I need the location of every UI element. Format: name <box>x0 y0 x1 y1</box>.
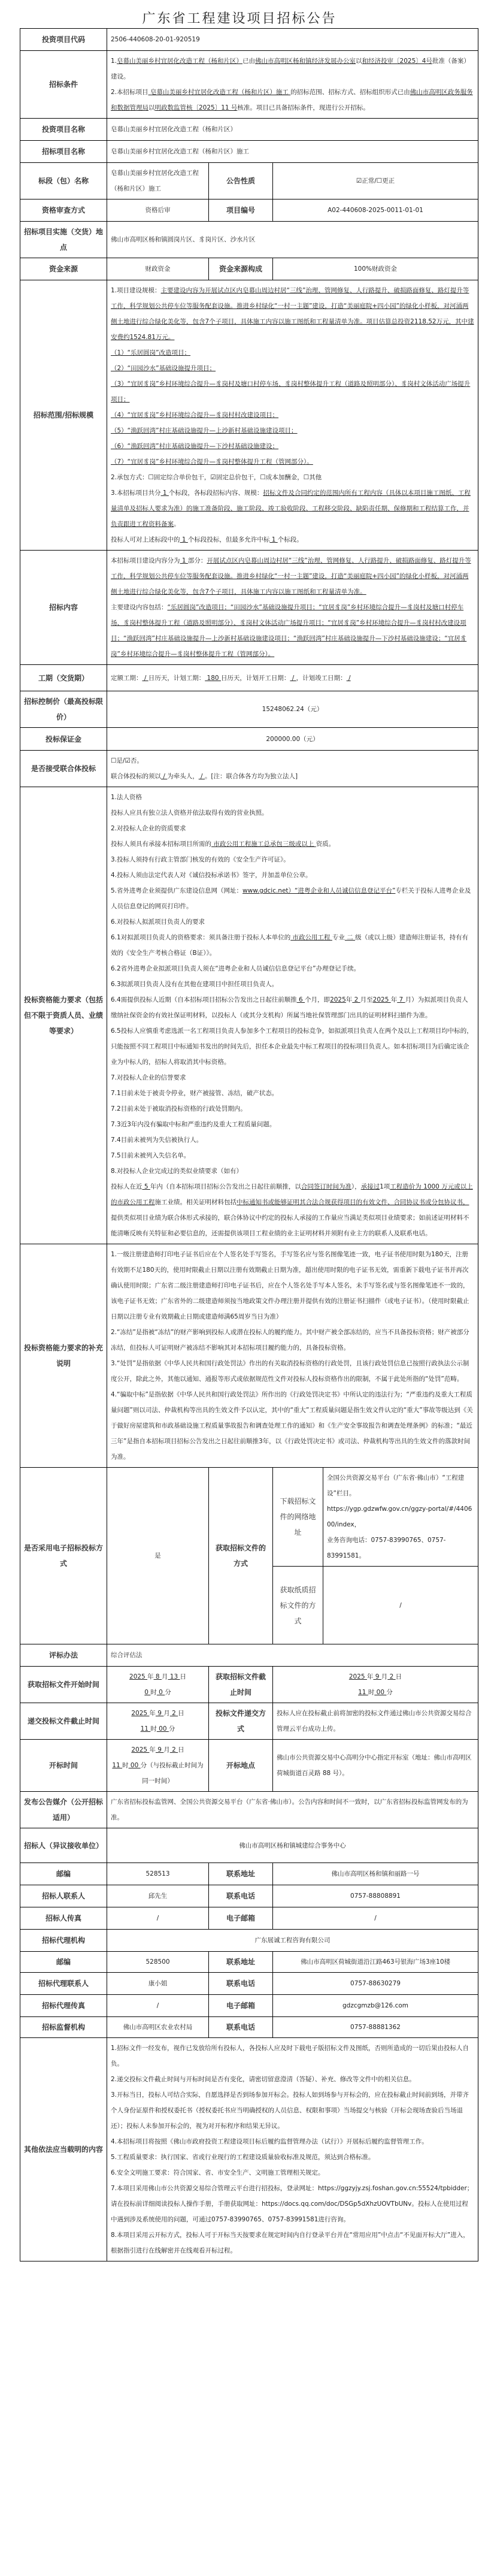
month: 7 <box>397 996 405 1003</box>
row-section: 标段（包）名称 皂幕山美丽乡村宜居化改造工程（杨和片区）施工 公告性质 ☑正常/… <box>20 163 478 199</box>
label-obtain-method: 获取招标文件的方式 <box>209 1468 273 1644</box>
text: 年 <box>149 1746 156 1753</box>
text: 个月，即 <box>305 996 330 1003</box>
year: 2025 <box>131 1746 149 1753</box>
hour: 11 <box>112 1762 122 1769</box>
sub-project: （3）“宜居豸岗”乡村环境综合提升—豸岗村及塘口村停车场、豸岗村整体提升工程（道… <box>111 376 474 407</box>
label-evaluation: 评标办法 <box>20 1644 107 1667</box>
text: 分 <box>165 1689 171 1696</box>
text: 4.本招标项目将按照《佛山市政府投资工程建设项目标后履约监督管理办法（试行）》开… <box>111 2134 474 2149</box>
value-media: 广东省招标投标监管网、全国公共资源交易平台（广东省·佛山市）。公告内容和时间不一… <box>107 1792 478 1828</box>
text: 个标段，各标段招标内容、规模： <box>169 489 263 497</box>
label-other: 其他依法应当载明的内容 <box>20 2038 107 2261</box>
text: 2.“冻结”是指被“冻结”的财产影响到投标人或潜在投标人的履约能力。其中财产被全… <box>111 1325 474 1356</box>
label-conditions: 招标条件 <box>20 51 107 119</box>
consortium-note: / <box>199 773 205 780</box>
page-title: 广东省工程建设项目招标公告 <box>0 0 479 28</box>
text: 年内（自本招标项目招标公告发出之日起往前顺推，以 <box>150 1183 301 1190</box>
text: 日历天，计划工期： <box>148 675 205 682</box>
text: 6.4需提供投标人近期（自本招标项目招标公告发出之日起往前顺推 <box>111 996 297 1003</box>
project-name: 皂幕山美丽乡村宜居化改造工程（杨和片区）施工 <box>148 89 291 96</box>
row-consortium: 是否接受联合体投标 ☐是/☑否。 联合体投标的须以 / 为牵头人， / 。[注：… <box>20 751 478 787</box>
value-contact: 康小姐 <box>107 1973 209 1995</box>
text: 7.2目前未处于被取消投标资格的行政处罚期内。 <box>111 1101 474 1117</box>
end-date: / <box>347 675 351 682</box>
label-download-address: 下载招标文件的网络地址 <box>273 1468 323 1567</box>
text: 的招标范围、招标方式、招标组织形式已由 <box>290 89 410 96</box>
text: 年 <box>391 996 398 1003</box>
value-control-price: 15248062.24（元） <box>107 691 478 728</box>
text: 工程造价为 <box>390 1183 422 1190</box>
text: 7.1目前未处于被责令停业，财产被接管、冻结，破产状态。 <box>111 1086 474 1101</box>
text: 全国公共资源交易平台（广东省·佛山市）“工程建设”栏目。 <box>327 1470 474 1501</box>
label-project-code: 项目编号 <box>209 199 273 222</box>
amount: 1000 <box>422 1183 441 1190</box>
value-phone: 0757-88808891 <box>273 1885 478 1907</box>
text: （与投标截止时间为同一时间） <box>142 1762 203 1785</box>
text: 7.5目前未被列入失信名单。 <box>111 1148 474 1163</box>
value-email: / <box>273 1907 478 1930</box>
approval-doc: 和经济投审〔2025〕4号 <box>362 58 432 65</box>
text: 联合体投标的须以 <box>111 773 161 780</box>
sub-project: （5）“渔跃回湾”村庄基础设施提升—上沙新村基础设施建设项目； <box>111 423 474 439</box>
sub-project: （7）“宜居豸岗”乡村环境综合提升—豸岗村整体提升工程（管网部分）。 <box>111 454 474 470</box>
text: 部分： <box>188 557 207 564</box>
label-tenderer: 招标人（异议接收单位） <box>20 1828 107 1863</box>
label-invest-code: 投资项目代码 <box>20 29 107 51</box>
label-paper-method: 获取纸质招标文件的方式 <box>273 1567 323 1644</box>
label-duration: 工期（交货期） <box>20 665 107 691</box>
text: ，计划竣工日期： <box>296 675 347 682</box>
day: 2 <box>170 1710 178 1717</box>
text: 日 <box>178 1746 184 1753</box>
text: 投标人应具有独立法人资格并依法取得有效的营业执照。 <box>111 805 474 821</box>
text: 投标人可对上述标段中的 <box>111 536 180 543</box>
row-supervisor: 招标监督机构 佛山市高明区农业农村局 联系电话 0757-88881362 <box>20 2017 478 2038</box>
value-zip: 528500 <box>107 1952 209 1973</box>
value-conditions: 1.皂幕山美丽乡村宜居化改造工程（杨和片区）已由佛山市高明区杨和镇经济发展办公室… <box>107 51 478 119</box>
text: 日 <box>178 1710 184 1717</box>
value-location: 佛山市高明区杨和镇圆岗片区、豸岗片区、沙水片区 <box>107 222 478 258</box>
text: 分 <box>169 1725 175 1733</box>
row-agent: 招标代理机构 广东展诚工程咨询有限公司 <box>20 1930 478 1952</box>
text: 日历天，计划开工日期： <box>221 675 290 682</box>
label-phone: 联系电话 <box>209 1885 273 1907</box>
label-deposit: 投标保证金 <box>20 728 107 751</box>
gdcic-link[interactable]: www.gdcic.net）“进粤企业和人员诚信信息登记平台” <box>242 887 395 894</box>
label-qualification: 资格审查方式 <box>20 199 107 222</box>
value-obtain-start: 2025 年 8 月 13 日 0 时 0 分 <box>107 1667 209 1703</box>
notice-table: 投资项目代码 2506-440608-20-01-920519 招标条件 1.皂… <box>20 28 478 2261</box>
text: 年 <box>367 1673 374 1680</box>
label-fax: 招标人传真 <box>20 1907 107 1930</box>
text: 7.4目前未被列为失信被执行人。 <box>111 1132 474 1148</box>
row-invest-name: 投资项目名称 皂幕山美丽乡村宜居化改造工程（杨和片区） <box>20 119 478 141</box>
year: 2025 <box>373 996 391 1003</box>
text: 1.项目建设规模： <box>111 287 161 294</box>
text: 5.工程质量要求：执行国家、省或行业现行的工程建设质量验收标准及规范，须达到合格… <box>111 2149 474 2165</box>
row-agent-fax: 招标代理传真 / 电子邮箱 gdzcgmzb@126.com <box>20 1995 478 2017</box>
lead-party: / <box>161 773 167 780</box>
text: 年 <box>346 996 353 1003</box>
months: 6 <box>297 996 305 1003</box>
value-duration: 定额工期： / 日历天，计划工期： 180 日历天，计划开工日期： / ，计划竣… <box>107 665 478 691</box>
value-deposit: 200000.00（元） <box>107 728 478 751</box>
label-agent: 招标代理机构 <box>20 1930 107 1952</box>
text: 日 <box>396 1673 402 1680</box>
label-zip: 邮编 <box>20 1952 107 1973</box>
text: 6.1对拟派项目负责人的资格要求：须具备注册于投标人本单位的 <box>111 934 290 941</box>
text: 2.对投标人企业的资质要求 <box>111 821 474 836</box>
text: 1项 <box>380 1183 390 1190</box>
value-opening-place: 佛山市公共资源交易中心高明分中心指定开标室（地址：佛山市高明区荷城街道百灵路 8… <box>273 1740 478 1792</box>
text: 分 <box>386 1689 393 1696</box>
text: 7.对投标人企业的信誉要求 <box>111 1070 474 1086</box>
value-qualification: 资格后审 <box>107 199 209 222</box>
text: 提供类似项目业绩为联合体形式承接的，联合体协议中约定的投标人承接的工作量应当满足… <box>111 1214 469 1237</box>
month: 2 <box>352 996 360 1003</box>
label-funding-composition: 资金来源构成 <box>209 258 273 280</box>
value-submit-method: 投标人应在投标截止前将加密的投标文件通过佛山市公共资源交易综合管理云平台成功上传… <box>273 1703 478 1740</box>
row-electronic: 是否采用电子招标投标方式 是 获取招标文件的方式 下载招标文件的网络地址 全国公… <box>20 1468 478 1567</box>
text: 。 <box>174 521 180 528</box>
value-fax: / <box>107 1995 209 2017</box>
label-contact: 招标代理联系人 <box>20 1973 107 1995</box>
sub-project: （2）“田园沙水”基础设施提升项目； <box>111 361 474 376</box>
row-supplement: 投标资格能力要求的补充说明 1.一级注册建造师打印电子证书后应在个人签名处手写签… <box>20 1244 478 1468</box>
text: 业务咨询电话：0757-83990765、0757-83991581。 <box>327 1532 474 1564</box>
value-phone: 0757-88881362 <box>273 2017 478 2038</box>
row-qualification: 资格审查方式 资格后审 项目编号 A02-440608-2025-0011-01… <box>20 199 478 222</box>
text: 2.本招标项目 <box>111 89 148 96</box>
text: 7.本项目采用佛山市公共资源交易综合管理云平台进行招投标，登录网址：https:… <box>111 2181 474 2227</box>
text: 定额工期： <box>111 675 143 682</box>
text: ）， <box>351 1183 361 1190</box>
label-submit-method: 投标文件递交方式 <box>209 1703 273 1740</box>
row-tenderer-contact: 招标人联系人 邱先生 联系电话 0757-88808891 <box>20 1885 478 1907</box>
label-email: 电子邮箱 <box>209 1995 273 2017</box>
value-invest-name: 皂幕山美丽乡村宜居化改造工程（杨和片区） <box>107 119 478 141</box>
level: 二 <box>345 934 355 941</box>
value-notice-nature: ☑正常/☐更正 <box>273 163 478 199</box>
row-scope: 招标范围/招标规模 1.项目建设规模：主要建设内容为开展试点区内皂幕山周边村居“… <box>20 280 478 551</box>
row-funding: 资金来源 财政资金 资金来源构成 100%财政资金 <box>20 258 478 280</box>
label-eligibility: 投标资格能力要求（包括但不限于资质人员、业绩等要求） <box>20 787 107 1244</box>
value-project-code: A02-440608-2025-0011-01-01 <box>273 199 478 222</box>
text: 3.投标人须持有行政主管部门核发的有效的《安全生产许可证》。 <box>111 852 474 867</box>
text: 3.开标当日，投标人可结合实际，自愿选择是否到场参加开标会。投标人如到场参与开标… <box>111 2087 474 2134</box>
text: 8.对投标人企业完成过的类似业绩要求（如有） <box>111 1163 474 1179</box>
plan-days: 180 <box>205 675 221 682</box>
label-email: 电子邮箱 <box>209 1907 273 1930</box>
text: 5.省外进粤企业须提供广东建设信息网（网址： <box>111 887 242 894</box>
text: 8.本项目采用云开标方式，投标人可于开标当天按要求在规定时间内自行登录平台并在“… <box>111 2227 474 2258</box>
value-funding: 财政资金 <box>107 258 209 280</box>
label-opening-place: 开标地点 <box>209 1740 273 1792</box>
text: 日 <box>180 1673 186 1680</box>
label-scope: 招标范围/招标规模 <box>20 280 107 551</box>
label-supervisor: 招标监督机构 <box>20 2017 107 2038</box>
value-eligibility: 1.法人资格 投标人应具有独立法人资格并依法取得有效的营业执照。 2.对投标人企… <box>107 787 478 1244</box>
row-obtain-time: 获取招标文件开始时间 2025 年 8 月 13 日 0 时 0 分 获取招标文… <box>20 1667 478 1703</box>
project-name: 皂幕山美丽乡村宜居化改造工程（杨和片区） <box>117 58 242 65</box>
text: 为牵头人， <box>167 773 199 780</box>
day: 2 <box>387 1673 395 1680</box>
label-consortium: 是否接受联合体投标 <box>20 751 107 787</box>
text: 分 <box>141 1762 147 1769</box>
text: 6.2省外进粤企业拟派项目负责人须在“进粤企业和人员诚信信息登记平台”办理登记手… <box>111 961 474 976</box>
approval-doc: 明政数监管核〔2025〕11 号 <box>155 104 238 111</box>
row-tenderer-zip: 邮编 528513 联系地址 佛山市高明区杨和镇和丽路一号 <box>20 1863 478 1885</box>
text: 1.法人资格 <box>111 790 474 805</box>
text: 承接过 <box>361 1183 380 1190</box>
text: 时 <box>150 1725 157 1733</box>
label-opening-time: 开标时间 <box>20 1740 107 1792</box>
text: 已由 <box>242 58 255 65</box>
label-submit-deadline: 递交投标文件截止时间 <box>20 1703 107 1740</box>
qualification-level: 市政公用工程施工总承包三级或以上 <box>211 840 316 848</box>
text: 年 <box>147 1673 154 1680</box>
text: 投标人须具有承接本招标项目所需的 <box>111 840 211 848</box>
label-obtain-end: 获取招标文件截止时间 <box>209 1667 273 1703</box>
bid-count: 1 <box>180 536 188 543</box>
label-address: 联系地址 <box>209 1863 273 1885</box>
month: 9 <box>156 1746 163 1753</box>
row-eligibility: 投标资格能力要求（包括但不限于资质人员、业绩等要求） 1.法人资格 投标人应具有… <box>20 787 478 1244</box>
content-items: “乐居圆岗”改造项目；“田园沙水”基础设施提升项目；“宜居豸岗”乡村环境综合提升… <box>111 604 466 658</box>
month: 9 <box>373 1673 381 1680</box>
row-tenderer-fax: 招标人传真 / 电子邮箱 / <box>20 1907 478 1930</box>
consortium-choice: ☐是/☑否。 <box>111 753 474 769</box>
label-obtain-start: 获取招标文件开始时间 <box>20 1667 107 1703</box>
row-conditions: 招标条件 1.皂幕山美丽乡村宜居化改造工程（杨和片区）已由佛山市高明区杨和镇经济… <box>20 51 478 119</box>
text: 投标人在近 <box>111 1183 143 1190</box>
label-phone: 联系电话 <box>209 1973 273 1995</box>
value-fax: / <box>107 1907 209 1930</box>
month: 9 <box>156 1710 163 1717</box>
text: 6.安全文明施工要求：符合国家、省、市安全生产、文明施工管理相关规定。 <box>111 2165 474 2181</box>
row-control-price: 招标控制价（最高投标限价） 15248062.24（元） <box>20 691 478 728</box>
hour: 11 <box>141 1725 151 1733</box>
row-evaluation: 评标办法 综合评估法 <box>20 1644 478 1667</box>
text: 2.递交投标文件截止时间与开标时间是否有变化，请密切留意澄清（答疑）、补充、修改… <box>111 2072 474 2087</box>
hour: 0 <box>144 1689 150 1696</box>
value-opening-time: 2025 年 9 月 2 日 11 时 00 分（与投标截止时间为同一时间） <box>107 1740 209 1792</box>
value-address: 佛山市高明区荷城街道沿江路463号银海广场3座10楼 <box>273 1952 478 1973</box>
row-other: 其他依法应当载明的内容 1.招标文件一经发布，视作已发放给所有投标人，各投标人应… <box>20 2038 478 2261</box>
row-tenderer: 招标人（异议接收单位） 佛山市高明区杨和镇城建综合事务中心 <box>20 1828 478 1863</box>
day: 13 <box>168 1673 180 1680</box>
text: 4.投标人须由法定代表人对《诚信投标承诺书》签字，并加盖单位公章。 <box>111 867 474 883</box>
value-contact: 邱先生 <box>107 1885 209 1907</box>
section-count: 1 <box>161 489 169 497</box>
text: 主要建设内容包括： <box>111 604 168 611</box>
year: 2025 <box>330 996 346 1003</box>
label-funding: 资金来源 <box>20 258 107 280</box>
text: 年 <box>149 1710 156 1717</box>
text: 月 <box>163 1710 170 1717</box>
value-zip: 528513 <box>107 1863 209 1885</box>
label-address: 联系地址 <box>209 1952 273 1973</box>
row-tender-name: 招标项目名称 皂幕山美丽乡村宜居化改造工程（杨和片区）施工 <box>20 141 478 163</box>
label-fax: 招标代理传真 <box>20 1995 107 2017</box>
label-supplement: 投标资格能力要求的补充说明 <box>20 1244 107 1468</box>
text: 月 <box>163 1746 170 1753</box>
minute: 0 <box>157 1689 165 1696</box>
text: 施工业绩。相关证明材料包括 <box>155 1199 237 1206</box>
label-media: 发布公告媒介（公开招标适用） <box>20 1792 107 1828</box>
label-invest-name: 投资项目名称 <box>20 119 107 141</box>
text: 时 <box>368 1689 375 1696</box>
text: 6.5投标人应慎重考虑选派一名工程项目负责人参加多个工程项目的投标竞争，如拟派项… <box>111 1023 474 1070</box>
text: 月 <box>162 1673 168 1680</box>
label-zip: 邮编 <box>20 1863 107 1885</box>
sub-project: （6）“渔跃回湾”村庄基础设施提升—下沙村基础设施建设； <box>111 439 474 454</box>
label-phone: 联系电话 <box>209 2017 273 2038</box>
text: 。[注：联合体各方均为独立法人] <box>205 773 298 780</box>
row-opening: 开标时间 2025 年 9 月 2 日 11 时 00 分（与投标截止时间为同一… <box>20 1740 478 1792</box>
label-tender-name: 招标项目名称 <box>20 141 107 163</box>
row-media: 发布公告媒介（公开招标适用） 广东省招标投标监管网、全国公共资源交易平台（广东省… <box>20 1792 478 1828</box>
text: 以 <box>148 104 155 111</box>
basis: 合同签订时间为准 <box>301 1183 351 1190</box>
value-address: 佛山市高明区杨和镇和丽路一号 <box>273 1863 478 1885</box>
part-count: 1 <box>180 557 188 564</box>
text: 时 <box>122 1762 129 1769</box>
minute: 00 <box>157 1725 169 1733</box>
text: 1. <box>111 58 117 65</box>
label-control-price: 招标控制价（最高投标限价） <box>20 691 107 728</box>
row-location: 招标项目实施（交货）地点 佛山市高明区杨和镇圆岗片区、豸岗片区、沙水片区 <box>20 222 478 258</box>
text: 3.本招标项目共分 <box>111 489 161 497</box>
label-electronic: 是否采用电子招标投标方式 <box>20 1468 107 1644</box>
start-date: / <box>290 675 296 682</box>
row-invest-code: 投资项目代码 2506-440608-20-01-920519 <box>20 29 478 51</box>
value-download-address: 全国公共资源交易平台（广东省·佛山市）“工程建设”栏目。 https://ygp… <box>323 1468 478 1567</box>
value-agent: 广东展诚工程咨询有限公司 <box>107 1930 478 1952</box>
row-agent-zip: 邮编 528500 联系地址 佛山市高明区荷城街道沿江路463号银海广场3座10… <box>20 1952 478 1973</box>
value-submit-deadline: 2025 年 9 月 2 日 11 时 00 分 <box>107 1703 209 1740</box>
download-link[interactable]: https://ygp.gdzwfw.gov.cn/ggzy-portal/#/… <box>327 1501 474 1532</box>
label-contact: 招标人联系人 <box>20 1885 107 1907</box>
text: 本招标项目建设内容分为 <box>111 557 180 564</box>
sub-project: （1）“乐居圆岗”改造项目； <box>111 345 474 361</box>
years: 5 <box>143 1183 150 1190</box>
year: 2025 <box>129 1673 147 1680</box>
row-duration: 工期（交货期） 定额工期： / 日历天，计划工期： 180 日历天，计划开工日期… <box>20 665 478 691</box>
value-email[interactable]: gdzcgmzb@126.com <box>273 1995 478 2017</box>
win-count: 1 <box>269 536 277 543</box>
value-content: 本招标项目建设内容分为 1 部分：开展试点区内皂幕山周边村居“三线”治理、管网修… <box>107 551 478 665</box>
row-content: 招标内容 本招标项目建设内容分为 1 部分：开展试点区内皂幕山周边村居“三线”治… <box>20 551 478 665</box>
day: 2 <box>170 1746 178 1753</box>
quota-days: / <box>143 675 148 682</box>
value-other: 1.招标文件一经发布，视作已发放给所有投标人，各投标人应及时下载电子版招标文件及… <box>107 2038 478 2261</box>
value-phone: 0757-88630279 <box>273 1973 478 1995</box>
approver: 佛山市高明区杨和镇经济发展办公室 <box>255 58 356 65</box>
text: 个标段。 <box>278 536 303 543</box>
value-funding-composition: 100%财政资金 <box>273 258 478 280</box>
row-submit: 递交投标文件截止时间 2025 年 9 月 2 日 11 时 00 分 投标文件… <box>20 1703 478 1740</box>
text: 3.“处罚”是指依据《中华人民共和国行政处罚法》作出的有关取消投标资格的行政处罚… <box>111 1356 474 1387</box>
text: 月 <box>381 1673 388 1680</box>
text: 6.3拟派项目负责人没有在其他在建项目中担任项目负责人。 <box>111 976 474 992</box>
year: 2025 <box>131 1710 149 1717</box>
year: 2025 <box>349 1673 367 1680</box>
text: 时 <box>150 1689 157 1696</box>
text: 1.一级注册建造师打印电子证书后应在个人签名处手写签名，手写签名应与签名图像笔迹… <box>111 1247 474 1325</box>
text: 以 <box>356 58 362 65</box>
value-paper-method: / <box>323 1567 478 1644</box>
text: 月至 <box>360 996 373 1003</box>
text: 7.3近3年内没有骗取中标和严重违约及重大工程质量问题。 <box>111 1117 474 1132</box>
major: 市政公用工程 <box>290 934 332 941</box>
text: 4.“骗取中标”是指依据《中华人民共和国行政处罚法》所作出的《行政处罚决定书》中… <box>111 1387 474 1465</box>
minute: 00 <box>374 1689 386 1696</box>
text: 个标段投标，但最多允许中标 <box>188 536 270 543</box>
value-consortium: ☐是/☑否。 联合体投标的须以 / 为牵头人， / 。[注：联合体各方均为独立法… <box>107 751 478 787</box>
label-section: 标段（包）名称 <box>20 163 107 199</box>
value-supervisor: 佛山市高明区农业农村局 <box>107 2017 209 2038</box>
text: 市政公用工程 <box>117 1199 155 1206</box>
hour: 11 <box>358 1689 368 1696</box>
text: 专业 <box>332 934 345 941</box>
value-tender-name: 皂幕山美丽乡村宜居化改造工程（杨和片区）施工 <box>107 141 478 163</box>
text: 1.招标文件一经发布，视作已发放给所有投标人，各投标人应及时下载电子版招标文件及… <box>111 2040 474 2072</box>
contract-method: 2.承包方式：☐固定综合单价包干，☑固定总价包干，☐成本加酬金，☐其他 <box>111 470 474 485</box>
minute: 00 <box>129 1762 141 1769</box>
sub-project: （4）“宜居豸岗”乡村环境综合提升—豸岗村村改建设项目； <box>111 407 474 423</box>
value-obtain-end: 2025 年 9 月 2 日 11 时 00 分 <box>273 1667 478 1703</box>
value-evaluation: 综合评估法 <box>107 1644 478 1667</box>
label-notice-nature: 公告性质 <box>209 163 273 199</box>
text: 核准。项目已具备招标条件，现进行公开招标。 <box>237 104 369 111</box>
label-content: 招标内容 <box>20 551 107 665</box>
value-invest-code: 2506-440608-20-01-920519 <box>107 29 478 51</box>
text: 资质。 <box>316 840 335 848</box>
row-agent-contact: 招标代理联系人 康小姐 联系电话 0757-88630279 <box>20 1973 478 1995</box>
value-scope: 1.项目建设规模：主要建设内容为开展试点区内皂幕山周边村居“三线”治理、管网修复… <box>107 280 478 551</box>
value-supplement: 1.一级注册建造师打印电子证书后应在个人签名处手写签名，手写签名应与签名图像笔迹… <box>107 1244 478 1468</box>
value-electronic: 是 <box>107 1468 209 1644</box>
value-section: 皂幕山美丽乡村宜居化改造工程（杨和片区）施工 <box>107 163 209 199</box>
scale-text: 主要建设内容为开展试点区内皂幕山周边村居“三线”治理、管网修复、人行路提升、破损… <box>111 287 474 341</box>
value-tenderer: 佛山市高明区杨和镇城建综合事务中心 <box>107 1828 478 1863</box>
row-deposit: 投标保证金 200000.00（元） <box>20 728 478 751</box>
text: 6.对投标人拟派项目负责人的要求 <box>111 914 474 930</box>
text: 中标通知书或能够证明其合法合规获得项目的有效文件、合同协议书或分包协议书， <box>237 1199 469 1206</box>
month: 8 <box>154 1673 162 1680</box>
label-location: 招标项目实施（交货）地点 <box>20 222 107 258</box>
